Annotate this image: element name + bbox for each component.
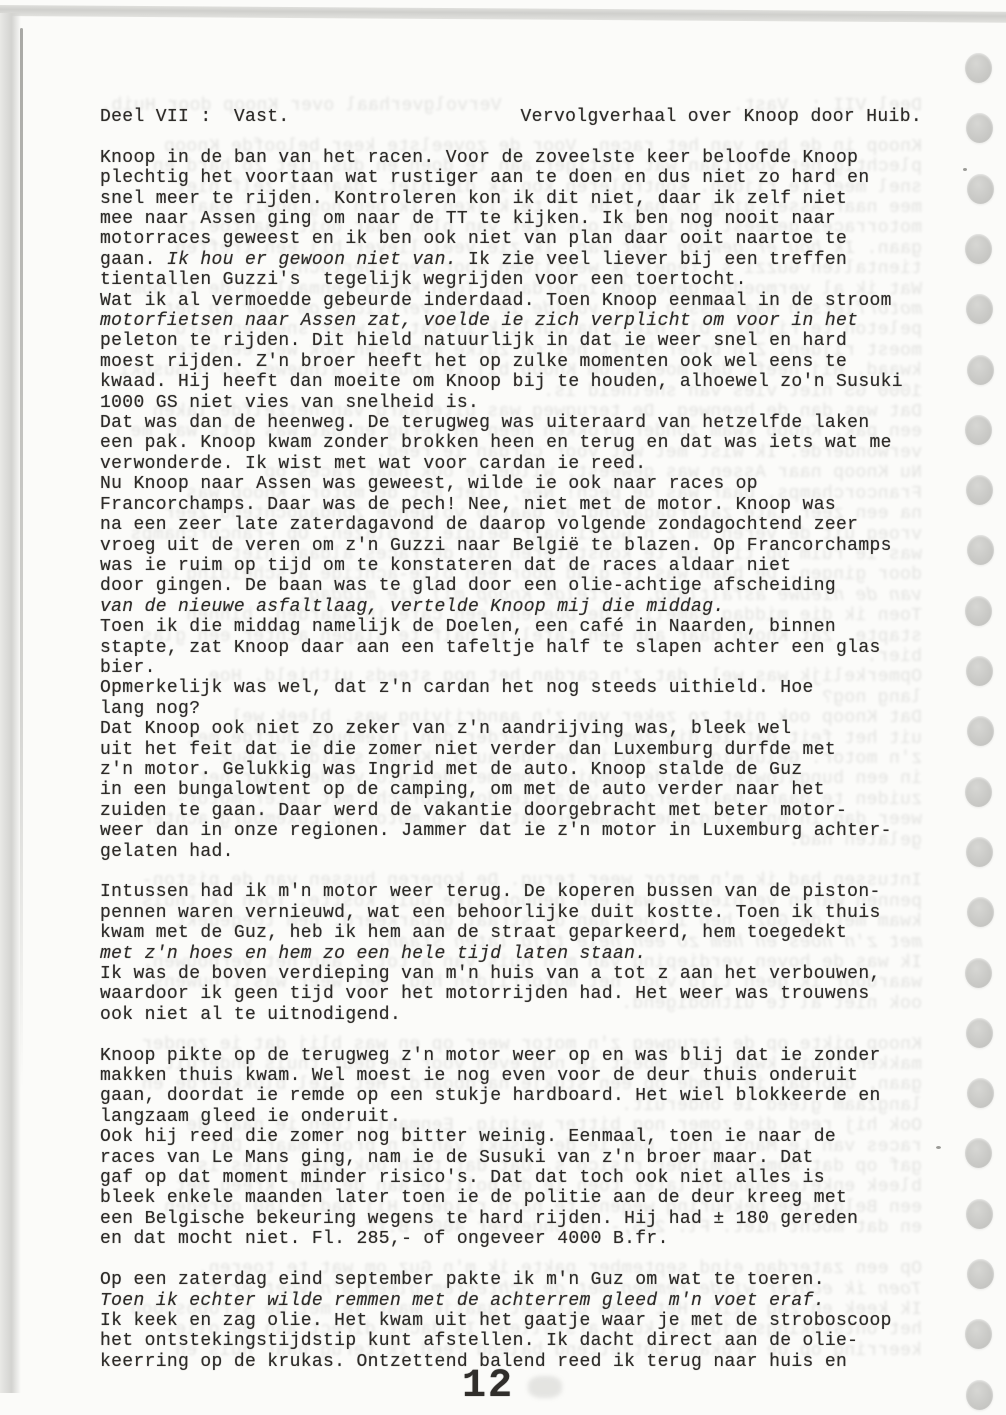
text-line: gaf op dat moment minder risico's. Dat d… [100,1168,922,1188]
text-segment: weer dan in onze regionen. Jammer dat ie… [100,821,892,841]
text-line: waardoor ik geen tijd voor het motorrijd… [100,984,922,1004]
text-line: was ie ruim op tijd om te konstateren da… [100,556,922,576]
binder-hole [966,294,993,324]
binder-hole [966,1199,993,1229]
text-segment: Nu Knoop naar Assen was geweest, wilde i… [100,474,758,494]
text-segment: stapte, zat Knoop daar aan een tafeltje … [100,638,881,658]
text-segment: gaf op dat moment minder risico's. Dat d… [100,1168,825,1188]
text-segment: peleton te rijden. Dit hield natuurlijk … [100,331,847,351]
text-segment: een pak. Knoop kwam zonder brokken heen … [100,433,892,453]
text-segment: Toen ik echter wilde remmen met de achte… [100,1291,825,1311]
binder-hole [967,716,994,746]
text-segment: Ik keek en zag olie. Het kwam uit het ga… [100,1311,892,1331]
scan-speck [936,1146,941,1149]
text-segment: moest rijden. Z'n broer heeft het op zul… [100,352,847,372]
text-line: kwaad. Hij heeft dan moeite om Knoop bij… [100,372,922,392]
text-line: motorraces geweest en ik ben ook niet va… [100,229,922,249]
binder-hole [966,113,993,143]
text-segment: motorraces geweest en ik ben ook niet va… [100,229,847,249]
page-header: Deel VII : Vast. Vervolgverhaal over Kno… [100,107,922,127]
paragraph: Knoop in de ban van het racen. Voor de z… [100,148,922,862]
text-line: weer dan in onze regionen. Jammer dat ie… [100,821,922,841]
binder-hole [965,234,992,264]
paragraph: Intussen had ik m'n motor weer terug. De… [100,882,922,1025]
text-line: uit het feit dat ie die zomer niet verde… [100,740,922,760]
text-line: peleton te rijden. Dit hield natuurlijk … [100,331,922,351]
text-line: met z'n hoes en hem zo een hele tijd lat… [100,944,922,964]
text-line: vroeg uit de veren om z'n Guzzi naar Bel… [100,536,922,556]
text-segment: bleek enkele maanden later toen ie de po… [100,1188,847,1208]
binder-hole [966,1018,993,1048]
text-line: Intussen had ik m'n motor weer terug. De… [100,882,922,902]
text-segment: Dat was dan de heenweg. De terugweg was … [100,413,869,433]
text-segment: 1000 GS niet vies van snelheid is. [100,393,479,413]
text-segment: snel meer te rijden. Kontroleren kon ik … [100,189,847,209]
scanned-page: Deel VII : Vast. Vervolgverhaal over Kno… [0,0,1006,1415]
text-line: kwam met de Guz, heb ik hem aan de straa… [100,923,922,943]
text-segment: Wat ik al vermoedde gebeurde inderdaad. … [100,291,892,311]
binder-hole [965,958,992,988]
text-segment: van de nieuwe asfaltlaag, vertelde Knoop… [100,597,725,617]
text-segment: was ie ruim op tijd om te konstateren da… [100,556,791,576]
text-line: bleek enkele maanden later toen ie de po… [100,1188,922,1208]
text-segment: zuiden te gaan. Daar werd de vakantie do… [100,801,847,821]
text-line: en dat mocht niet. Fl. 285,- of ongeveer… [100,1229,922,1249]
text-line: langzaam gleed ie onderuit. [100,1107,922,1127]
scan-smudge [528,1376,562,1398]
text-line: z'n motor. Gelukkig was Ingrid met de au… [100,760,922,780]
text-line: Knoop in de ban van het racen. Voor de z… [100,148,922,168]
text-line: bier. [100,658,922,678]
text-line: Toen ik die middag namelijk de Doelen, e… [100,617,922,637]
text-line: pennen waren vernieuwd, wat een behoorli… [100,903,922,923]
text-segment: waardoor ik geen tijd voor het motorrijd… [100,984,869,1004]
text-segment: Intussen had ik m'n motor weer terug. De… [100,882,881,902]
text-line: verwonderde. Ik wist met wat voor cardan… [100,454,922,474]
text-segment: Knoop in de ban van het racen. Voor de z… [100,148,858,168]
text-line: ook niet al te uitnodigend. [100,1005,922,1025]
binder-hole [966,656,993,686]
text-line: door gingen. De baan was te glad door ee… [100,576,922,596]
scan-speck [963,168,967,171]
text-line: Wat ik al vermoedde gebeurde inderdaad. … [100,291,922,311]
text-segment: door gingen. De baan was te glad door ee… [100,576,836,596]
text-segment: Knoop pikte op de terugweg z'n motor wee… [100,1046,881,1066]
text-segment: Opmerkelijk was wel, dat z'n cardan het … [100,678,814,698]
text-line: Dat Knoop ook niet zo zeker van z'n aand… [100,719,922,739]
text-line: Opmerkelijk was wel, dat z'n cardan het … [100,678,922,698]
text-line: races van Le Mans ging, nam ie de Susuki… [100,1148,922,1168]
binder-hole [965,53,992,83]
binder-hole [966,1380,993,1410]
text-line: Dat was dan de heenweg. De terugweg was … [100,413,922,433]
page-number: 12 [462,1364,514,1409]
text-segment: Toen ik die middag namelijk de Doelen, e… [100,617,836,637]
text-segment: vroeg uit de veren om z'n Guzzi naar Bel… [100,536,892,556]
header-right-title: Vervolgverhaal over Knoop door Huib. [521,107,922,127]
text-line: Francorchamps. Daar was de pech! Nee, ni… [100,495,922,515]
text-line: het ontstekingstijdstip kunt afstellen. … [100,1331,922,1351]
text-segment: na een zeer late zaterdagavond de daarop… [100,515,858,535]
binder-hole [966,837,993,867]
text-line: Ik was de boven verdieping van m'n huis … [100,964,922,984]
text-segment: motorfietsen naar Assen zat, voelde ie z… [100,311,858,331]
scan-edge-band [0,5,1006,23]
text-line: van de nieuwe asfaltlaag, vertelde Knoop… [100,597,922,617]
text-line: in een bungalowtent op de camping, om me… [100,780,922,800]
text-segment: pennen waren vernieuwd, wat een behoorli… [100,903,881,923]
body-text: Knoop in de ban van het racen. Voor de z… [100,148,922,1372]
text-line: Knoop pikte op de terugweg z'n motor wee… [100,1046,922,1066]
text-line: Ook hij reed die zomer nog bitter weinig… [100,1127,922,1147]
text-segment: Ik hou er gewoon niet van. [167,250,457,270]
text-segment: gelaten had. [100,842,234,862]
binder-hole [967,535,994,565]
text-segment: gaan. [100,250,167,270]
text-segment: uit het feit dat ie die zomer niet verde… [100,740,836,760]
text-line: Toen ik echter wilde remmen met de achte… [100,1291,922,1311]
text-line: na een zeer late zaterdagavond de daarop… [100,515,922,535]
binder-hole [967,897,994,927]
text-line: plechtig het voortaan wat rustiger aan t… [100,168,922,188]
text-segment: Dat Knoop ook niet zo zeker van z'n aand… [100,719,791,739]
text-segment: Ook hij reed die zomer nog bitter weinig… [100,1127,836,1147]
binder-hole [965,1138,992,1168]
text-segment: kwaad. Hij heeft dan moeite om Knoop bij… [100,372,903,392]
text-line: Nu Knoop naar Assen was geweest, wilde i… [100,474,922,494]
binder-hole [967,355,994,385]
text-line: snel meer te rijden. Kontroleren kon ik … [100,189,922,209]
text-segment: het ontstekingstijdstip kunt afstellen. … [100,1331,858,1351]
text-line: Ik keek en zag olie. Het kwam uit het ga… [100,1311,922,1331]
text-segment: tientallen Guzzi's tegelijk wegrijden vo… [100,270,747,290]
text-line: mee naar Assen ging om naar de TT te kij… [100,209,922,229]
text-line: gaan. Ik hou er gewoon niet van. Ik zie … [100,250,922,270]
text-line: gaan, doordat ie remde op een stukje har… [100,1086,922,1106]
binder-hole [967,1259,994,1289]
text-segment: plechtig het voortaan wat rustiger aan t… [100,168,869,188]
text-line: moest rijden. Z'n broer heeft het op zul… [100,352,922,372]
binder-hole [967,1078,994,1108]
page-left-edge-shadow [0,13,21,1393]
text-line: Op een zaterdag eind september pakte ik … [100,1270,922,1290]
text-line: lang nog? [100,699,922,719]
header-left-title: Deel VII : Vast. [100,107,290,127]
binder-hole [965,415,992,445]
typewritten-text: Deel VII : Vast. Vervolgverhaal over Kno… [100,107,922,1372]
page-left-edge-line [20,28,23,1088]
text-segment: en dat mocht niet. Fl. 285,- of ongeveer… [100,1229,669,1249]
text-segment: ook niet al te uitnodigend. [100,1005,401,1025]
text-segment: kwam met de Guz, heb ik hem aan de straa… [100,923,847,943]
text-segment: Ik zie veel liever bij een treffen [457,250,847,270]
text-segment: in een bungalowtent op de camping, om me… [100,780,825,800]
text-segment: Ik was de boven verdieping van m'n huis … [100,964,881,984]
text-segment: een Belgische bekeuring wegens te hard r… [100,1209,858,1229]
text-line: makken thuis kwam. Wel moest ie nog even… [100,1066,922,1086]
text-segment: lang nog? [100,699,200,719]
paragraph: Op een zaterdag eind september pakte ik … [100,1270,922,1372]
binder-hole [965,777,992,807]
binder-hole [967,174,994,204]
text-segment: met z'n hoes en hem zo een hele tijd lat… [100,944,646,964]
binder-hole [965,1319,992,1349]
text-line: zuiden te gaan. Daar werd de vakantie do… [100,801,922,821]
text-line: stapte, zat Knoop daar aan een tafeltje … [100,638,922,658]
text-segment: gaan, doordat ie remde op een stukje har… [100,1086,881,1106]
text-line: tientallen Guzzi's tegelijk wegrijden vo… [100,270,922,290]
text-segment: Francorchamps. Daar was de pech! Nee, ni… [100,495,836,515]
text-line: 1000 GS niet vies van snelheid is. [100,393,922,413]
text-line: een Belgische bekeuring wegens te hard r… [100,1209,922,1229]
binder-hole [966,475,993,505]
text-segment: races van Le Mans ging, nam ie de Susuki… [100,1148,814,1168]
text-line: gelaten had. [100,842,922,862]
text-line: motorfietsen naar Assen zat, voelde ie z… [100,311,922,331]
text-segment: verwonderde. Ik wist met wat voor cardan… [100,454,646,474]
text-segment: Op een zaterdag eind september pakte ik … [100,1270,825,1290]
paragraph: Knoop pikte op de terugweg z'n motor wee… [100,1046,922,1250]
binder-hole [965,596,992,626]
text-segment: z'n motor. Gelukkig was Ingrid met de au… [100,760,803,780]
text-segment: bier. [100,658,156,678]
text-line: een pak. Knoop kwam zonder brokken heen … [100,433,922,453]
text-segment: mee naar Assen ging om naar de TT te kij… [100,209,836,229]
text-segment: makken thuis kwam. Wel moest ie nog even… [100,1066,858,1086]
text-segment: langzaam gleed ie onderuit. [100,1107,401,1127]
